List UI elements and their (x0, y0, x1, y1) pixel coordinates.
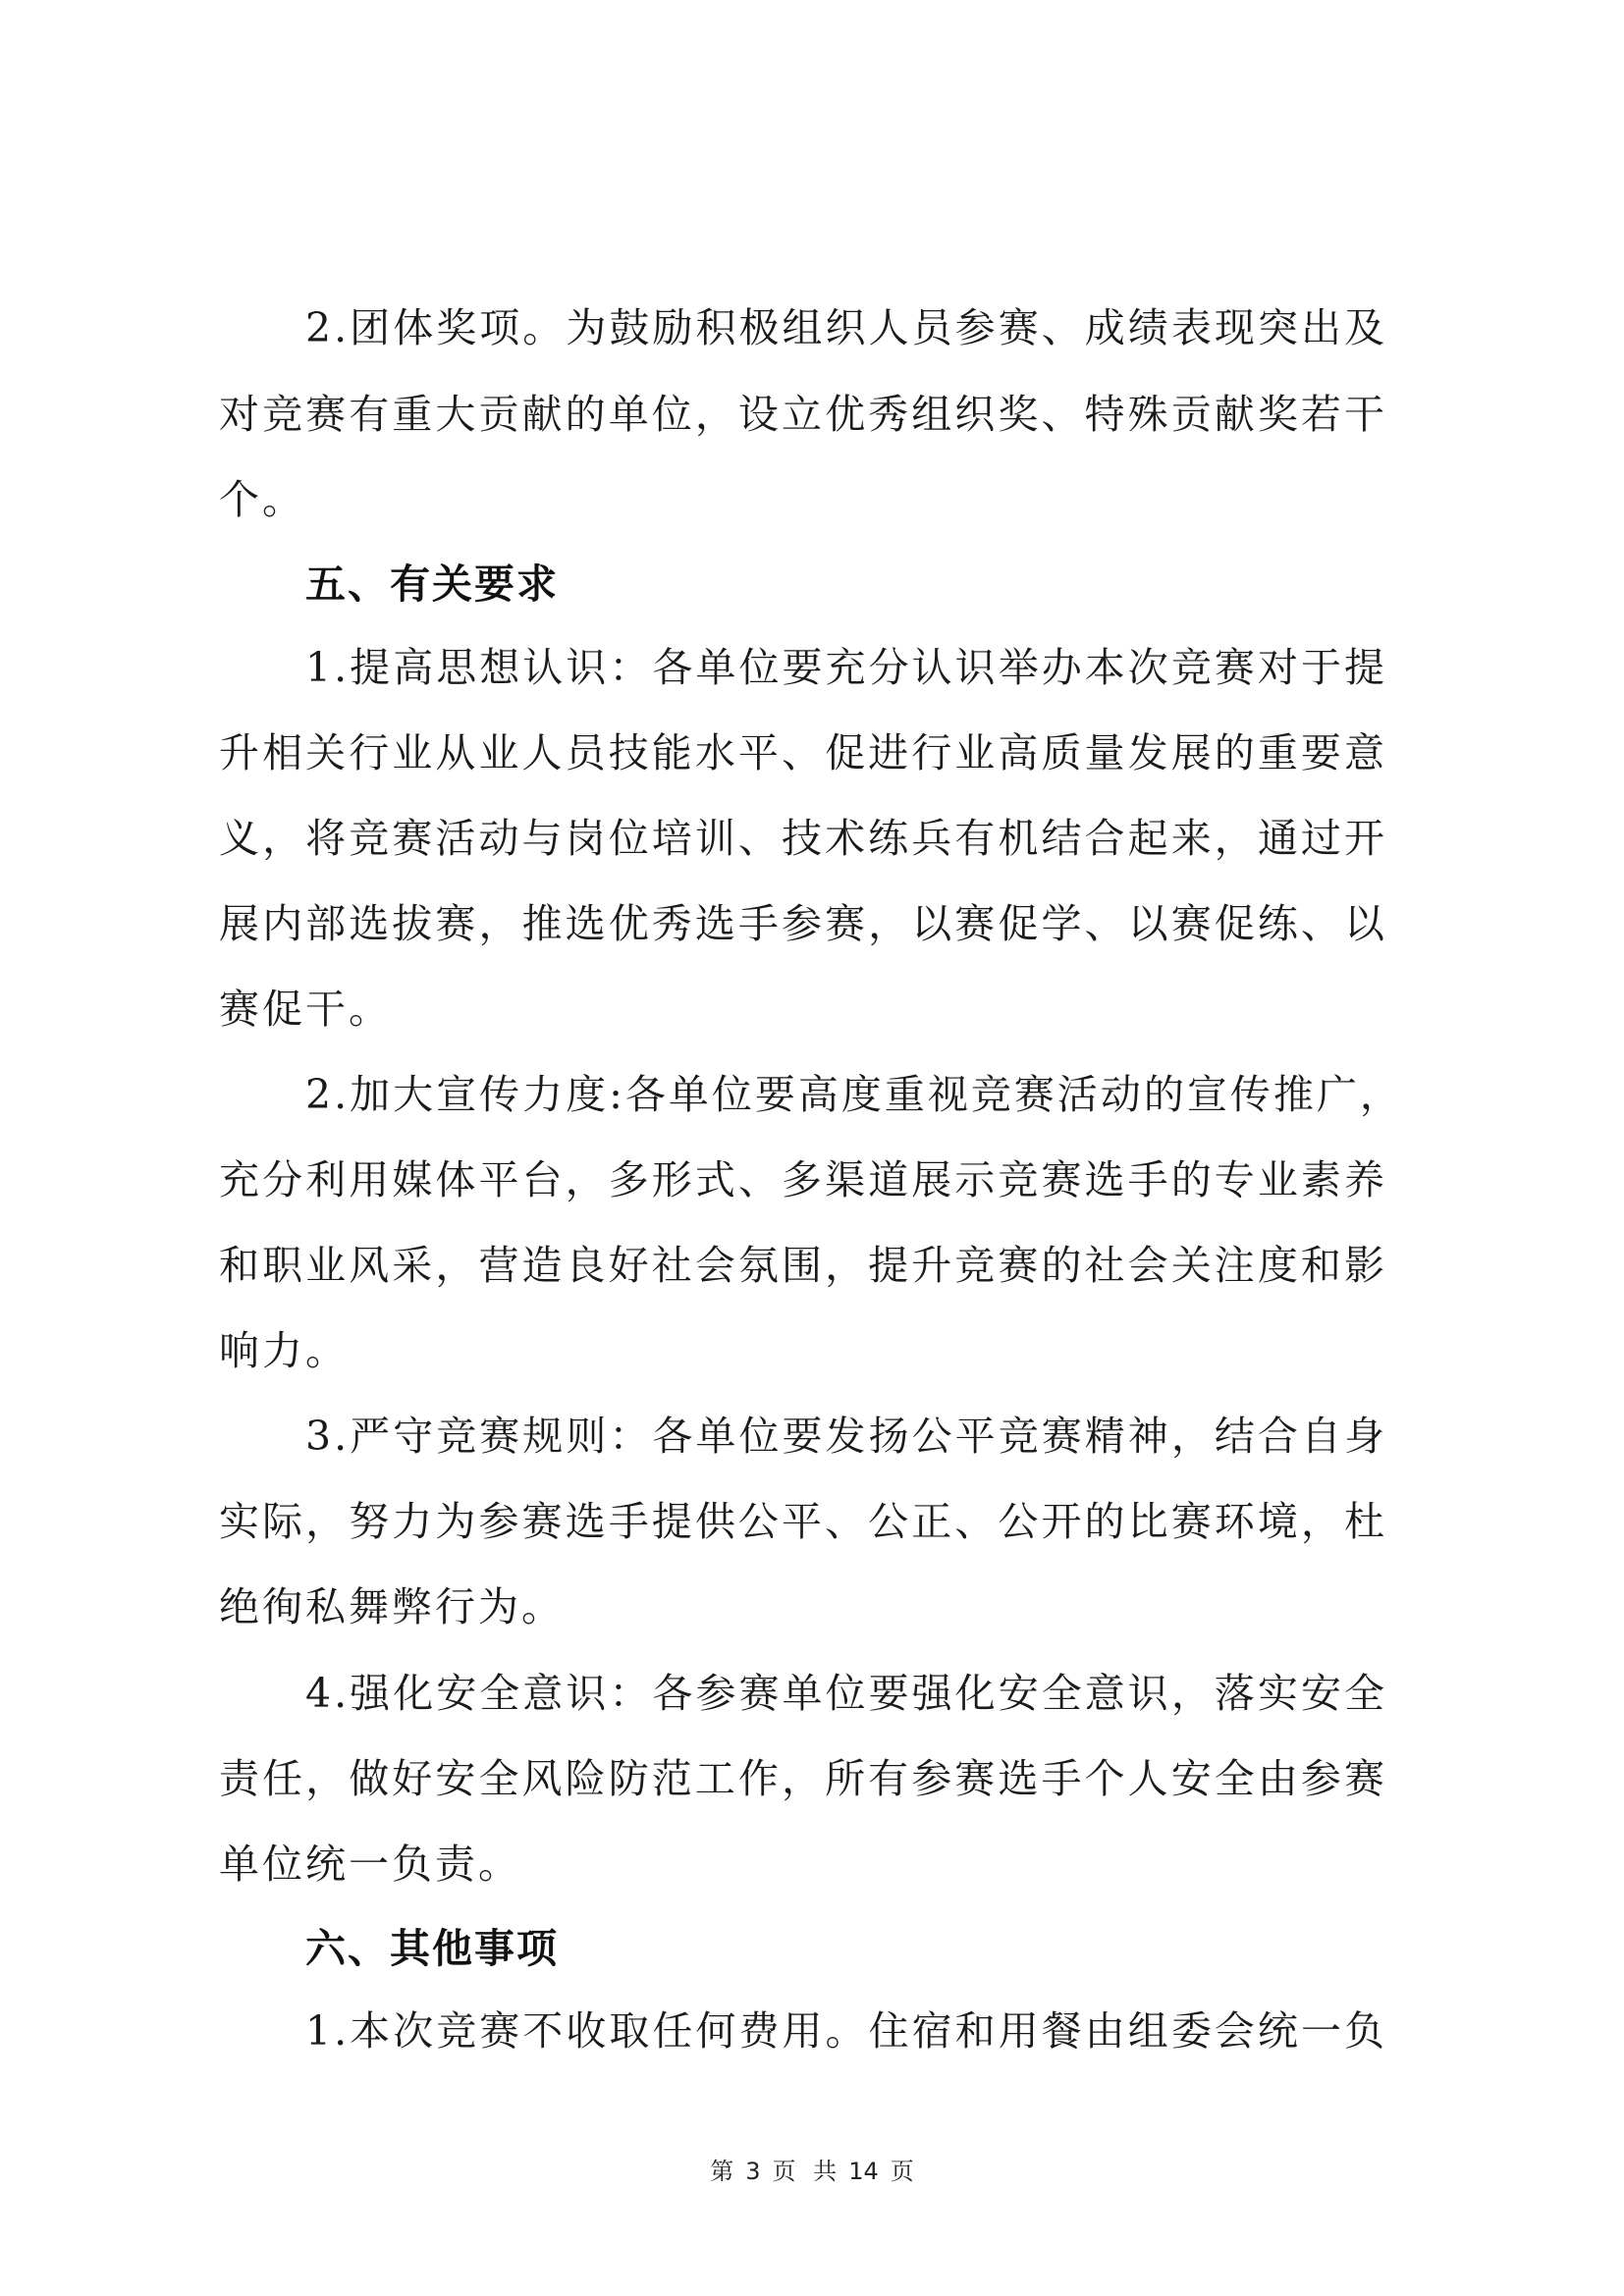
paragraph-team-awards-line-1: 2.团体奖项。为鼓励积极组织人员参赛、成绩表现突出及 (305, 303, 1387, 352)
section-heading-requirements: 五、有关要求 (305, 560, 559, 609)
total-pages-number: 14 (848, 2158, 879, 2185)
requirement-4-line-1: 4.强化安全意识：各参赛单位要强化安全意识，落实安全 (305, 1669, 1387, 1718)
paragraph-team-awards-line-2: 对竞赛有重大贡献的单位，设立优秀组织奖、特殊贡献奖若干 (219, 390, 1387, 439)
requirement-3-line-3: 绝徇私舞弊行为。 (219, 1582, 1387, 1631)
requirement-2-line-3: 和职业风采，营造良好社会氛围，提升竞赛的社会关注度和影 (219, 1241, 1387, 1290)
requirement-2-line-2: 充分利用媒体平台，多形式、多渠道展示竞赛选手的专业素养 (219, 1155, 1387, 1204)
footer-prefix: 第 (710, 2158, 733, 2185)
paragraph-team-awards-line-3: 个。 (219, 475, 1387, 524)
requirement-3-line-2: 实际，努力为参赛选手提供公平、公正、公开的比赛环境，杜 (219, 1497, 1387, 1546)
requirement-4-line-3: 单位统一负责。 (219, 1840, 1387, 1889)
document-page: 2.团体奖项。为鼓励积极组织人员参赛、成绩表现突出及 对竞赛有重大贡献的单位，设… (0, 0, 1624, 2296)
page-number-footer: 第3页 共14页 (0, 2156, 1624, 2187)
requirement-2-line-4: 响力。 (219, 1326, 1387, 1375)
requirement-2-line-1: 2.加大宣传力度:各单位要高度重视竞赛活动的宣传推广， (305, 1070, 1387, 1119)
other-matter-1-line-1: 1.本次竞赛不收取任何费用。住宿和用餐由组委会统一负 (305, 2006, 1387, 2056)
requirement-1-line-3: 义，将竞赛活动与岗位培训、技术练兵有机结合起来，通过开 (219, 814, 1387, 863)
section-heading-other-matters: 六、其他事项 (305, 1924, 559, 1973)
footer-middle: 页 共 (773, 2158, 838, 2185)
requirement-3-line-1: 3.严守竞赛规则：各单位要发扬公平竞赛精神，结合自身 (305, 1412, 1387, 1461)
current-page-number: 3 (745, 2158, 760, 2185)
requirement-4-line-2: 责任，做好安全风险防范工作，所有参赛选手个人安全由参赛 (219, 1754, 1387, 1803)
requirement-1-line-2: 升相关行业从业人员技能水平、促进行业高质量发展的重要意 (219, 728, 1387, 777)
requirement-1-line-4: 展内部选拔赛，推选优秀选手参赛，以赛促学、以赛促练、以 (219, 899, 1387, 948)
requirement-1-line-5: 赛促干。 (219, 985, 1387, 1034)
requirement-1-line-1: 1.提高思想认识：各单位要充分认识举办本次竞赛对于提 (305, 643, 1387, 692)
footer-suffix: 页 (891, 2158, 914, 2185)
